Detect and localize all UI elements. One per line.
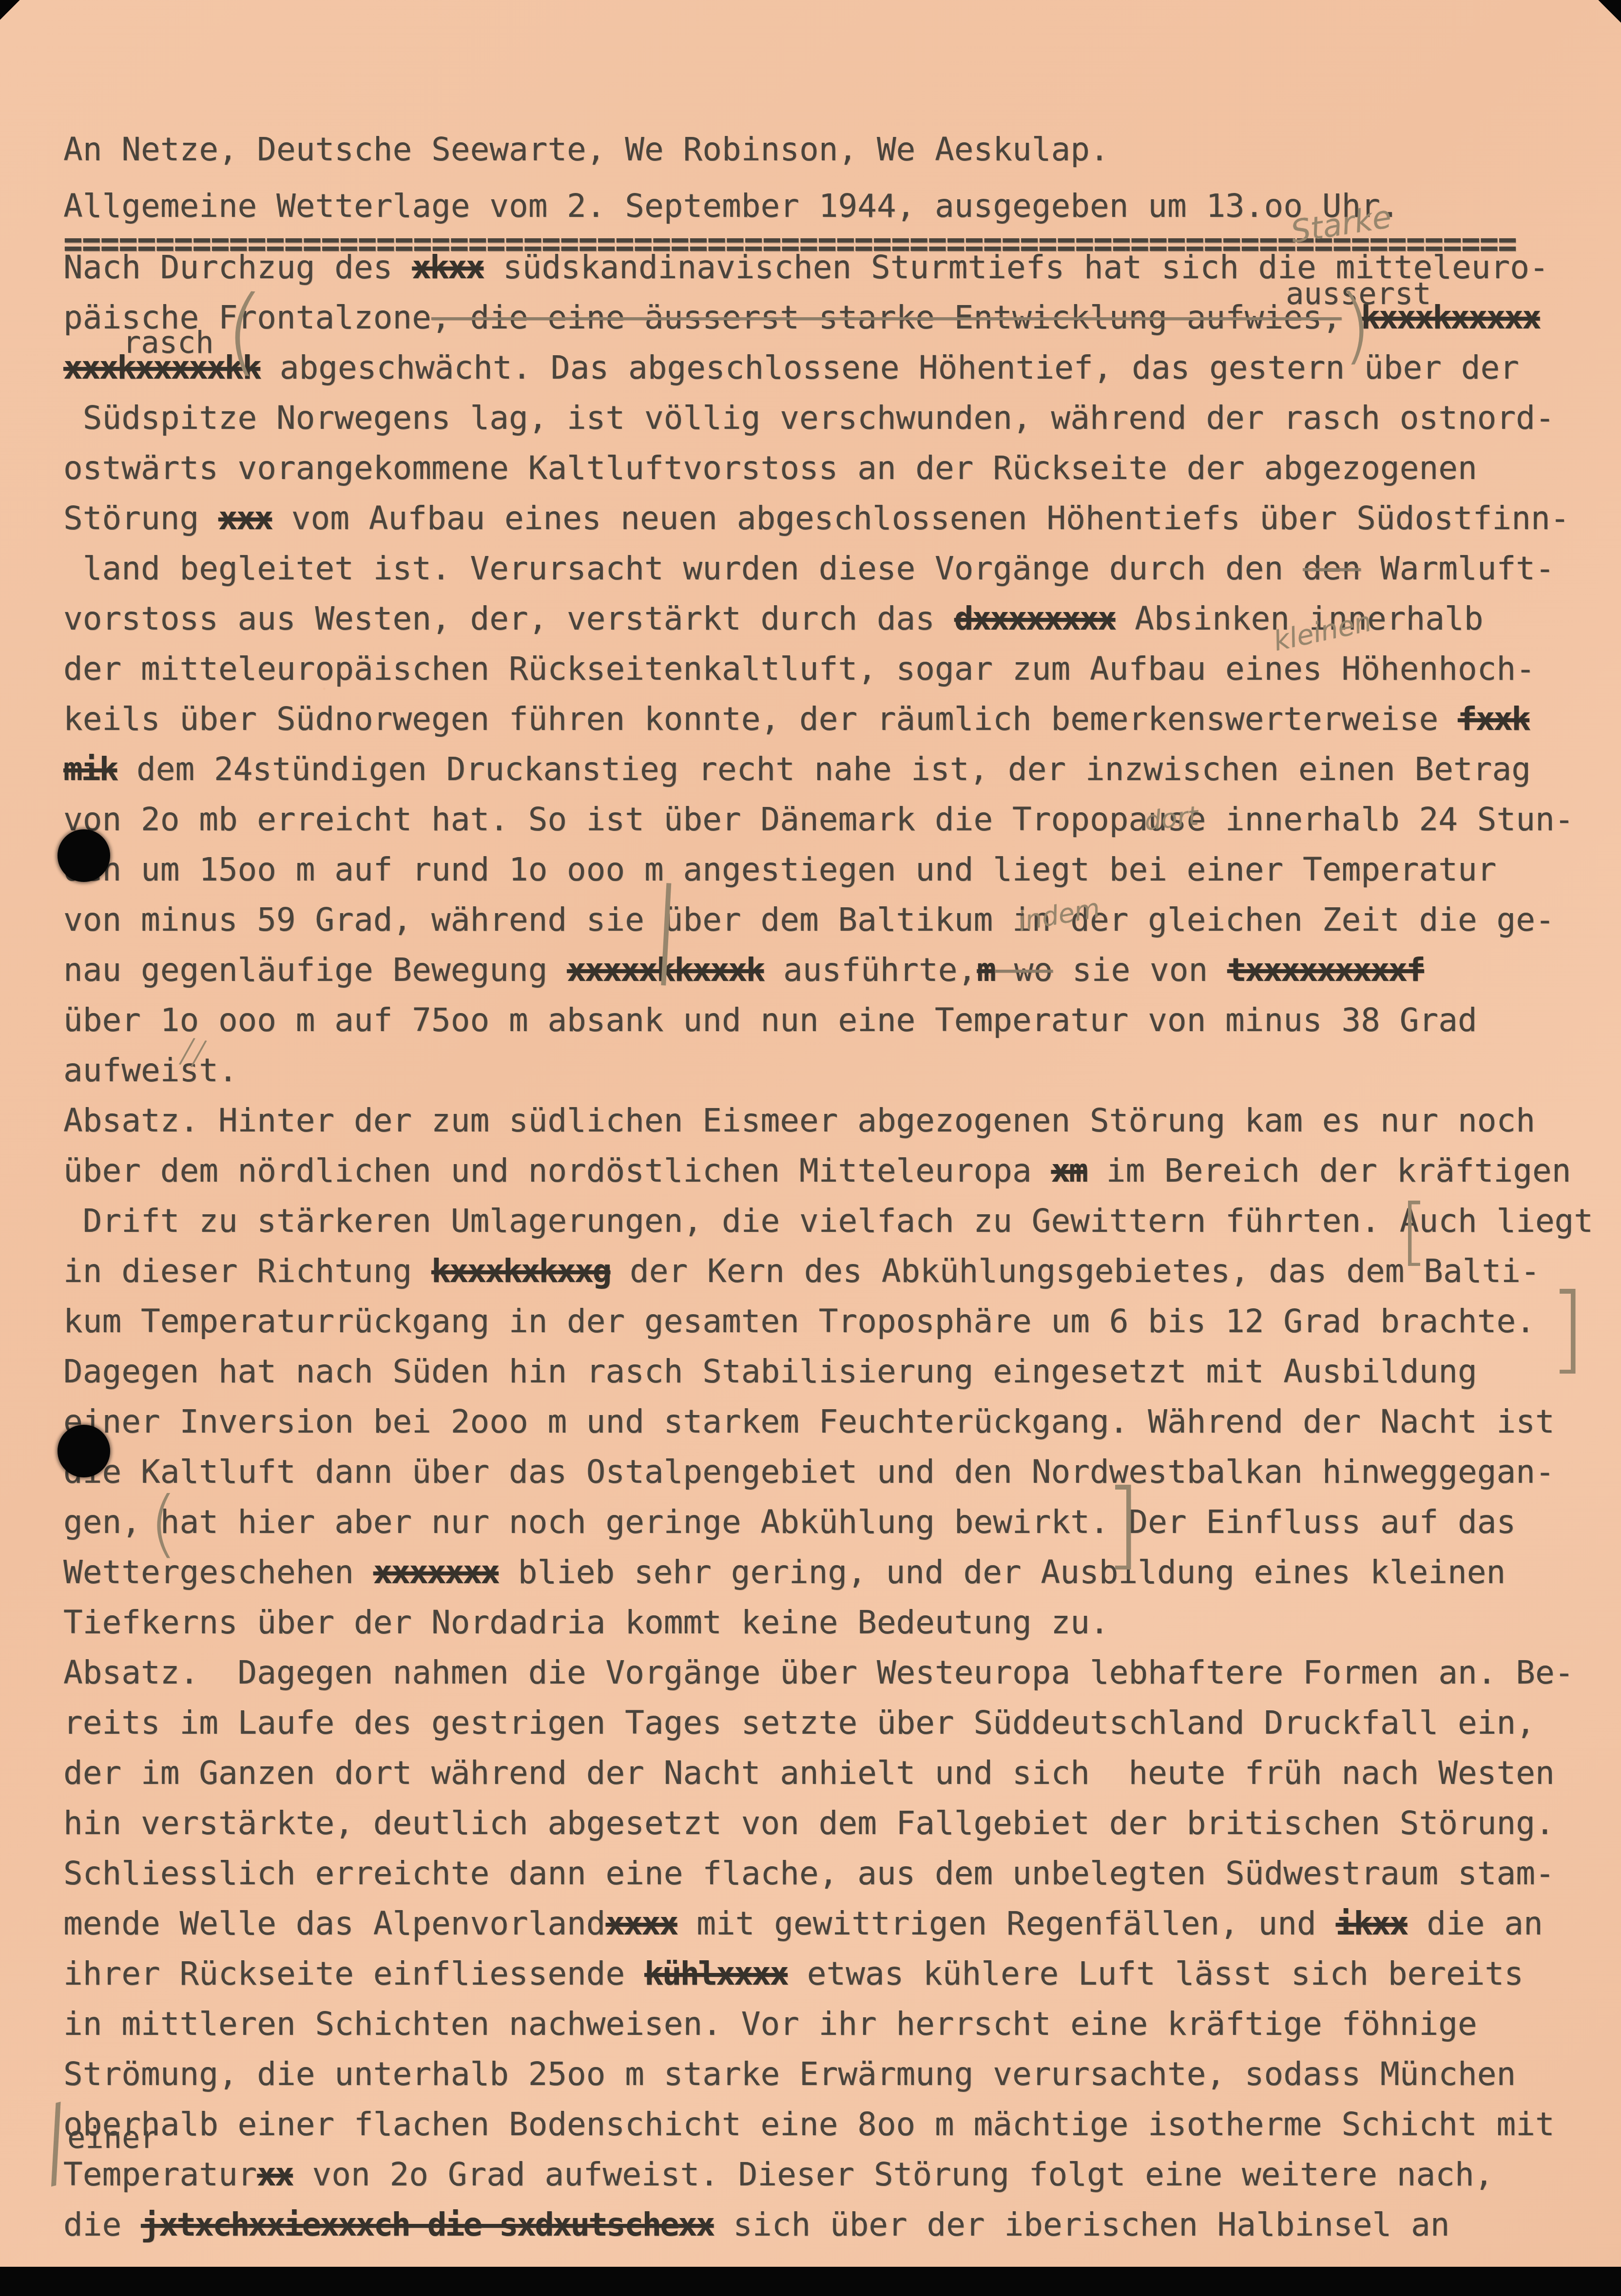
document-line: der mitteleuropäischen Rückseitenkaltluf… (63, 644, 1593, 694)
text-run: nau gegenläufige Bewegung (63, 951, 567, 989)
text-run: vorstoss aus Westen, der, verstärkt durc… (63, 600, 954, 637)
scan-edge-top-right (1592, 0, 1621, 29)
scanned-document-page: An Netze, Deutsche Seewarte, We Robinson… (0, 0, 1621, 2296)
text-run: der im Ganzen dort während der Nacht anh… (63, 1754, 1555, 1792)
text-run: Südspitze Norwegens lag, ist völlig vers… (63, 399, 1555, 437)
text-run: abgeschwächt. Das abgeschlossene Höhenti… (260, 349, 1519, 386)
text-run: Temperatur (63, 2156, 257, 2193)
document-line: keils über Südnorwegen führen konnte, de… (63, 694, 1593, 744)
typed-strikeout-run: txxxxxxxxxf (1227, 951, 1424, 989)
pencil-edit-mark: [ (1400, 1195, 1428, 1268)
typed-strikeout-run: xxxx (606, 1905, 677, 1942)
typed-strikeout-run: mik (63, 750, 117, 788)
text-run: in dieser Richtung (63, 1252, 431, 1290)
document-line: über 1o ooo m auf 75oo m absank und nun … (63, 995, 1593, 1045)
document-line: den um 15oo m auf rund 1o ooo m angestie… (63, 844, 1593, 895)
text-run: gen, hat hier aber nur noch geringe Abkü… (63, 1503, 1516, 1541)
text-run: etwas kühlere Luft lässt sich bereits (788, 1955, 1524, 1992)
document-title: Allgemeine Wetterlage vom 2. September 1… (63, 187, 1400, 225)
text-run: Absatz. Hinter der zum südlichen Eismeer… (63, 1102, 1535, 1139)
document-line: Dagegen hat nach Süden hin rasch Stabili… (63, 1346, 1593, 1397)
document-line: Störung xxx vom Aufbau eines neuen abges… (63, 493, 1593, 543)
text-run: Schliesslich erreichte dann eine flache,… (63, 1855, 1555, 1892)
document-line: Schliesslich erreichte dann eine flache,… (63, 1848, 1593, 1898)
text-run: vom Aufbau eines neuen abgeschlossenen H… (272, 499, 1569, 537)
text-run: die Kaltluft dann über das Ostalpengebie… (63, 1453, 1555, 1491)
handwritten-pencil-note: dort (1143, 800, 1200, 836)
document-line: gen, hat hier aber nur noch geringe Abkü… (63, 1497, 1593, 1547)
text-run: im Bereich der kräftigen (1087, 1152, 1571, 1189)
document-line: ihrer Rückseite einfliessende kühlxxxx e… (63, 1949, 1593, 1999)
text-run: kum Temperaturrückgang in der gesamten T… (63, 1302, 1535, 1340)
pencil-edit-mark: ( (222, 282, 265, 379)
document-line: aufweist. (63, 1045, 1593, 1095)
typed-strikeout-run: jxtxchxxiexxxch die sxdxutschexx (141, 2206, 714, 2243)
text-run: ihrer Rückseite einfliessende (63, 1955, 644, 1992)
document-line: von 2o mb erreicht hat. So ist über Däne… (63, 794, 1593, 844)
text-run: aufweist. (63, 1052, 238, 1089)
text-run: Störung (63, 499, 218, 537)
document-line: über dem nördlichen und nordöstlichen Mi… (63, 1146, 1593, 1196)
document-line: einer Inversion bei 2ooo m und starkem F… (63, 1397, 1593, 1447)
scan-edge-bottom (0, 2267, 1621, 2296)
typed-insertion: einer (67, 2120, 158, 2155)
text-run: einer Inversion bei 2ooo m und starkem F… (63, 1403, 1555, 1440)
document-line: hin verstärkte, deutlich abgesetzt von d… (63, 1798, 1593, 1848)
document-line: Südspitze Norwegens lag, ist völlig vers… (63, 393, 1593, 443)
typed-strikeout-run: xm (1051, 1152, 1087, 1189)
text-run: reits im Laufe des gestrigen Tages setzt… (63, 1704, 1535, 1741)
text-run: den um 15oo m auf rund 1o ooo m angestie… (63, 851, 1496, 888)
text-run: über 1o ooo m auf 75oo m absank und nun … (63, 1001, 1477, 1039)
typed-strikeout-run: ikxx (1336, 1905, 1408, 1942)
pencil-edit-mark: ] (1549, 1281, 1586, 1376)
text-run: in mittleren Schichten nachweisen. Vor i… (63, 2005, 1477, 2043)
text-run: ausführte, (764, 951, 977, 989)
document-line: der im Ganzen dort während der Nacht anh… (63, 1748, 1593, 1798)
document-line: land begleitet ist. Verursacht wurden di… (63, 543, 1593, 593)
document-line: mende Welle das Alpenvorlandxxxx mit gew… (63, 1898, 1593, 1949)
text-run: Strömung, die unterhalb 25oo m starke Er… (63, 2055, 1516, 2093)
typed-strikeout-run: xkxx (412, 249, 483, 286)
document-line: von minus 59 Grad, während sie über dem … (63, 895, 1593, 945)
text-run: über dem nördlichen und nordöstlichen Mi… (63, 1152, 1051, 1189)
document-line: Drift zu stärkeren Umlagerungen, die vie… (63, 1196, 1593, 1246)
typed-insertion: rasch (123, 325, 214, 360)
document-line: oberhalb einer flachen Bodenschicht eine… (63, 2099, 1593, 2149)
document-line: ostwärts vorangekommene Kaltluftvorstoss… (63, 443, 1593, 493)
text-run: blieb sehr gering, und der Ausbildung ei… (499, 1553, 1505, 1591)
pencil-strikeout-run: , die eine äusserst starke Entwicklung a… (431, 299, 1342, 336)
pencil-edit-mark: ] (1104, 1476, 1141, 1571)
text-run: oberhalb einer flachen Bodenschicht eine… (63, 2105, 1555, 2143)
typed-strikeout-run: fxxk (1458, 700, 1529, 738)
document-line: Absatz. Dagegen nahmen die Vorgänge über… (63, 1647, 1593, 1698)
text-run: keils über Südnorwegen führen konnte, de… (63, 700, 1458, 738)
punch-hole (58, 1425, 110, 1477)
typed-strikeout-run: xxx (218, 499, 272, 537)
typed-strikeout-run: xx (257, 2156, 292, 2193)
text-run: von 2o Grad aufweist. Dieser Störung fol… (293, 2156, 1494, 2193)
document-line: Strömung, die unterhalb 25oo m starke Er… (63, 2049, 1593, 2099)
document-line: die Kaltluft dann über das Ostalpengebie… (63, 1447, 1593, 1497)
text-run: Dagegen hat nach Süden hin rasch Stabili… (63, 1353, 1477, 1390)
pencil-strikeout-run: wo (995, 951, 1053, 989)
text-run: hin verstärkte, deutlich abgesetzt von d… (63, 1804, 1555, 1842)
scan-edge-top-left (0, 0, 25, 26)
document-line: Wettergeschehen xxxxxxx blieb sehr gerin… (63, 1547, 1593, 1597)
text-run: dem 24stündigen Druckanstieg recht nahe … (117, 750, 1531, 788)
text-run: sich über der iberischen Halbinsel an (714, 2206, 1449, 2243)
document-line: in mittleren Schichten nachweisen. Vor i… (63, 1999, 1593, 2049)
text-run: Warmluft- (1361, 550, 1554, 587)
text-run: Wettergeschehen (63, 1553, 373, 1591)
pencil-edit-mark: | (647, 874, 687, 978)
text-run: die an (1408, 1905, 1543, 1942)
document-line: mik dem 24stündigen Druckanstieg recht n… (63, 744, 1593, 794)
text-run: ostwärts vorangekommene Kaltluftvorstoss… (63, 449, 1477, 487)
text-run: land begleitet ist. Verursacht wurden di… (63, 550, 1303, 587)
text-run: mit gewittrigen Regenfällen, und (677, 1905, 1336, 1942)
typed-strikeout-run: kühlxxxx (644, 1955, 788, 1992)
text-run: Tiefkerns über der Nordadria kommt keine… (63, 1604, 1109, 1641)
text-run: von minus 59 Grad, während sie über dem … (63, 901, 1555, 938)
text-run: der mitteleuropäischen Rückseitenkaltluf… (63, 650, 1535, 688)
address-line: An Netze, Deutsche Seewarte, We Robinson… (63, 131, 1109, 168)
pencil-edit-mark: ) (1336, 283, 1374, 367)
text-run: mende Welle das Alpenvorland (63, 1905, 606, 1942)
typed-strikeout-run: kxxxkxkxxg (431, 1252, 610, 1290)
typed-strikeout-run: xxxxxxx (373, 1553, 499, 1591)
text-run: von 2o mb erreicht hat. So ist über Däne… (63, 801, 1574, 838)
text-run: Drift zu stärkeren Umlagerungen, die vie… (63, 1202, 1593, 1240)
document-line: nau gegenläufige Bewegung xxxxxkkxxxk au… (63, 945, 1593, 995)
document-body: Nach Durchzug des xkxx südskandinavische… (63, 242, 1593, 2250)
document-line: kum Temperaturrückgang in der gesamten T… (63, 1296, 1593, 1346)
typed-strikeout-run: dxxxxxxxx (954, 600, 1116, 637)
document-line: in dieser Richtung kxxxkxkxxg der Kern d… (63, 1246, 1593, 1296)
document-line: reits im Laufe des gestrigen Tages setzt… (63, 1698, 1593, 1748)
text-run: sie von (1053, 951, 1227, 989)
text-run: die (63, 2206, 141, 2243)
text-run: Absatz. Dagegen nahmen die Vorgänge über… (63, 1654, 1574, 1691)
document-line: Tiefkerns über der Nordadria kommt keine… (63, 1597, 1593, 1647)
document-line: Temperaturxx von 2o Grad aufweist. Diese… (63, 2149, 1593, 2200)
pencil-strikeout-run: den (1303, 550, 1361, 587)
pencil-edit-mark: ( (149, 1487, 178, 1560)
document-line: die jxtxchxxiexxxch die sxdxutschexx sic… (63, 2200, 1593, 2250)
typed-strikeout-run: m (977, 951, 995, 989)
punch-hole (58, 829, 110, 882)
document-line: Absatz. Hinter der zum südlichen Eismeer… (63, 1095, 1593, 1146)
